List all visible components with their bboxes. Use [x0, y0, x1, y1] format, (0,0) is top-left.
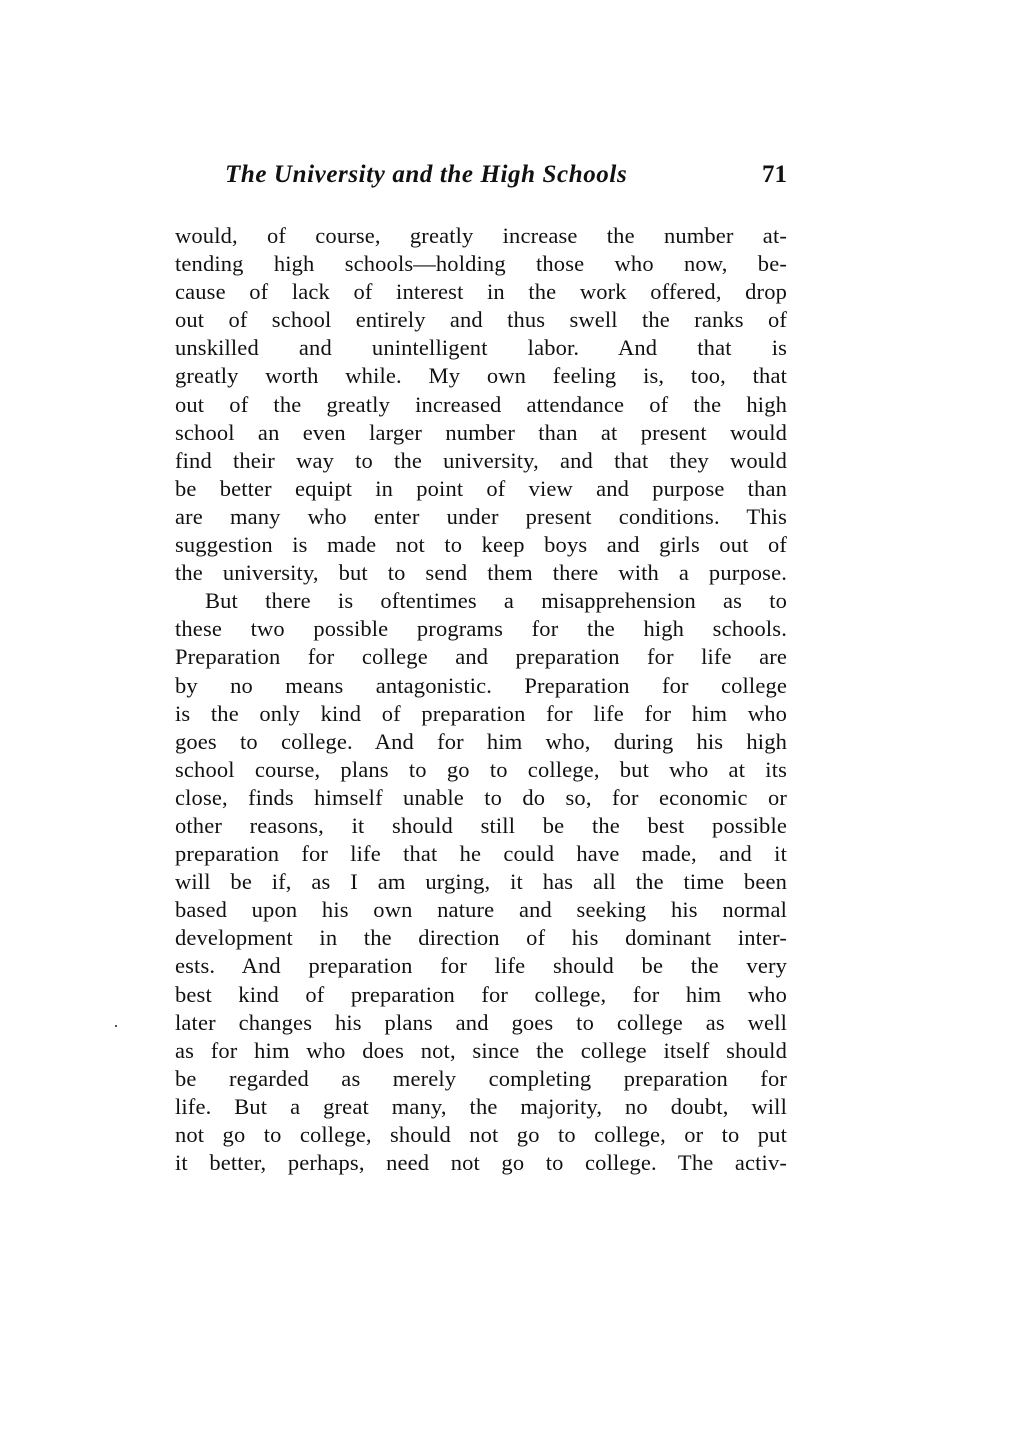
- text-line: is the only kind of preparation for life…: [175, 700, 787, 728]
- text-line: close, finds himself unable to do so, fo…: [175, 784, 787, 812]
- paragraph-start-line: But there is oftentimes a misapprehensio…: [175, 587, 787, 615]
- text-line: life. But a great many, the majority, no…: [175, 1093, 787, 1121]
- text-line: school course, plans to go to college, b…: [175, 756, 787, 784]
- text-line: Preparation for college and preparation …: [175, 643, 787, 671]
- body-text: would, of course, greatly increase the n…: [175, 222, 787, 1177]
- running-title: The University and the High Schools: [225, 158, 627, 192]
- text-line: these two possible programs for the high…: [175, 615, 787, 643]
- text-line: out of the greatly increased attendance …: [175, 391, 787, 419]
- running-head: The University and the High Schools 71: [175, 158, 787, 192]
- text-line: suggestion is made not to keep boys and …: [175, 531, 787, 559]
- text-line: be regarded as merely completing prepara…: [175, 1065, 787, 1093]
- text-line: find their way to the university, and th…: [175, 447, 787, 475]
- text-line: later changes his plans and goes to coll…: [175, 1009, 787, 1037]
- scan-artifact: [115, 1025, 117, 1027]
- text-line: preparation for life that he could have …: [175, 840, 787, 868]
- text-line: tending high schools—holding those who n…: [175, 250, 787, 278]
- text-line: as for him who does not, since the colle…: [175, 1037, 787, 1065]
- text-line: would, of course, greatly increase the n…: [175, 222, 787, 250]
- text-line: by no means antagonistic. Preparation fo…: [175, 672, 787, 700]
- text-line: other reasons, it should still be the be…: [175, 812, 787, 840]
- text-line: will be if, as I am urging, it has all t…: [175, 868, 787, 896]
- text-line: be better equipt in point of view and pu…: [175, 475, 787, 503]
- text-line: development in the direction of his domi…: [175, 924, 787, 952]
- text-line: goes to college. And for him who, during…: [175, 728, 787, 756]
- text-line: based upon his own nature and seeking hi…: [175, 896, 787, 924]
- text-line: it better, perhaps, need not go to colle…: [175, 1149, 787, 1177]
- text-line: school an even larger number than at pre…: [175, 419, 787, 447]
- text-line: out of school entirely and thus swell th…: [175, 306, 787, 334]
- text-line: greatly worth while. My own feeling is, …: [175, 362, 787, 390]
- text-line: best kind of preparation for college, fo…: [175, 981, 787, 1009]
- text-line: cause of lack of interest in the work of…: [175, 278, 787, 306]
- text-line: ests. And preparation for life should be…: [175, 952, 787, 980]
- text-line: the university, but to send them there w…: [175, 559, 787, 587]
- page-number: 71: [762, 158, 787, 192]
- text-line: are many who enter under present conditi…: [175, 503, 787, 531]
- text-line: unskilled and unintelligent labor. And t…: [175, 334, 787, 362]
- text-line: not go to college, should not go to coll…: [175, 1121, 787, 1149]
